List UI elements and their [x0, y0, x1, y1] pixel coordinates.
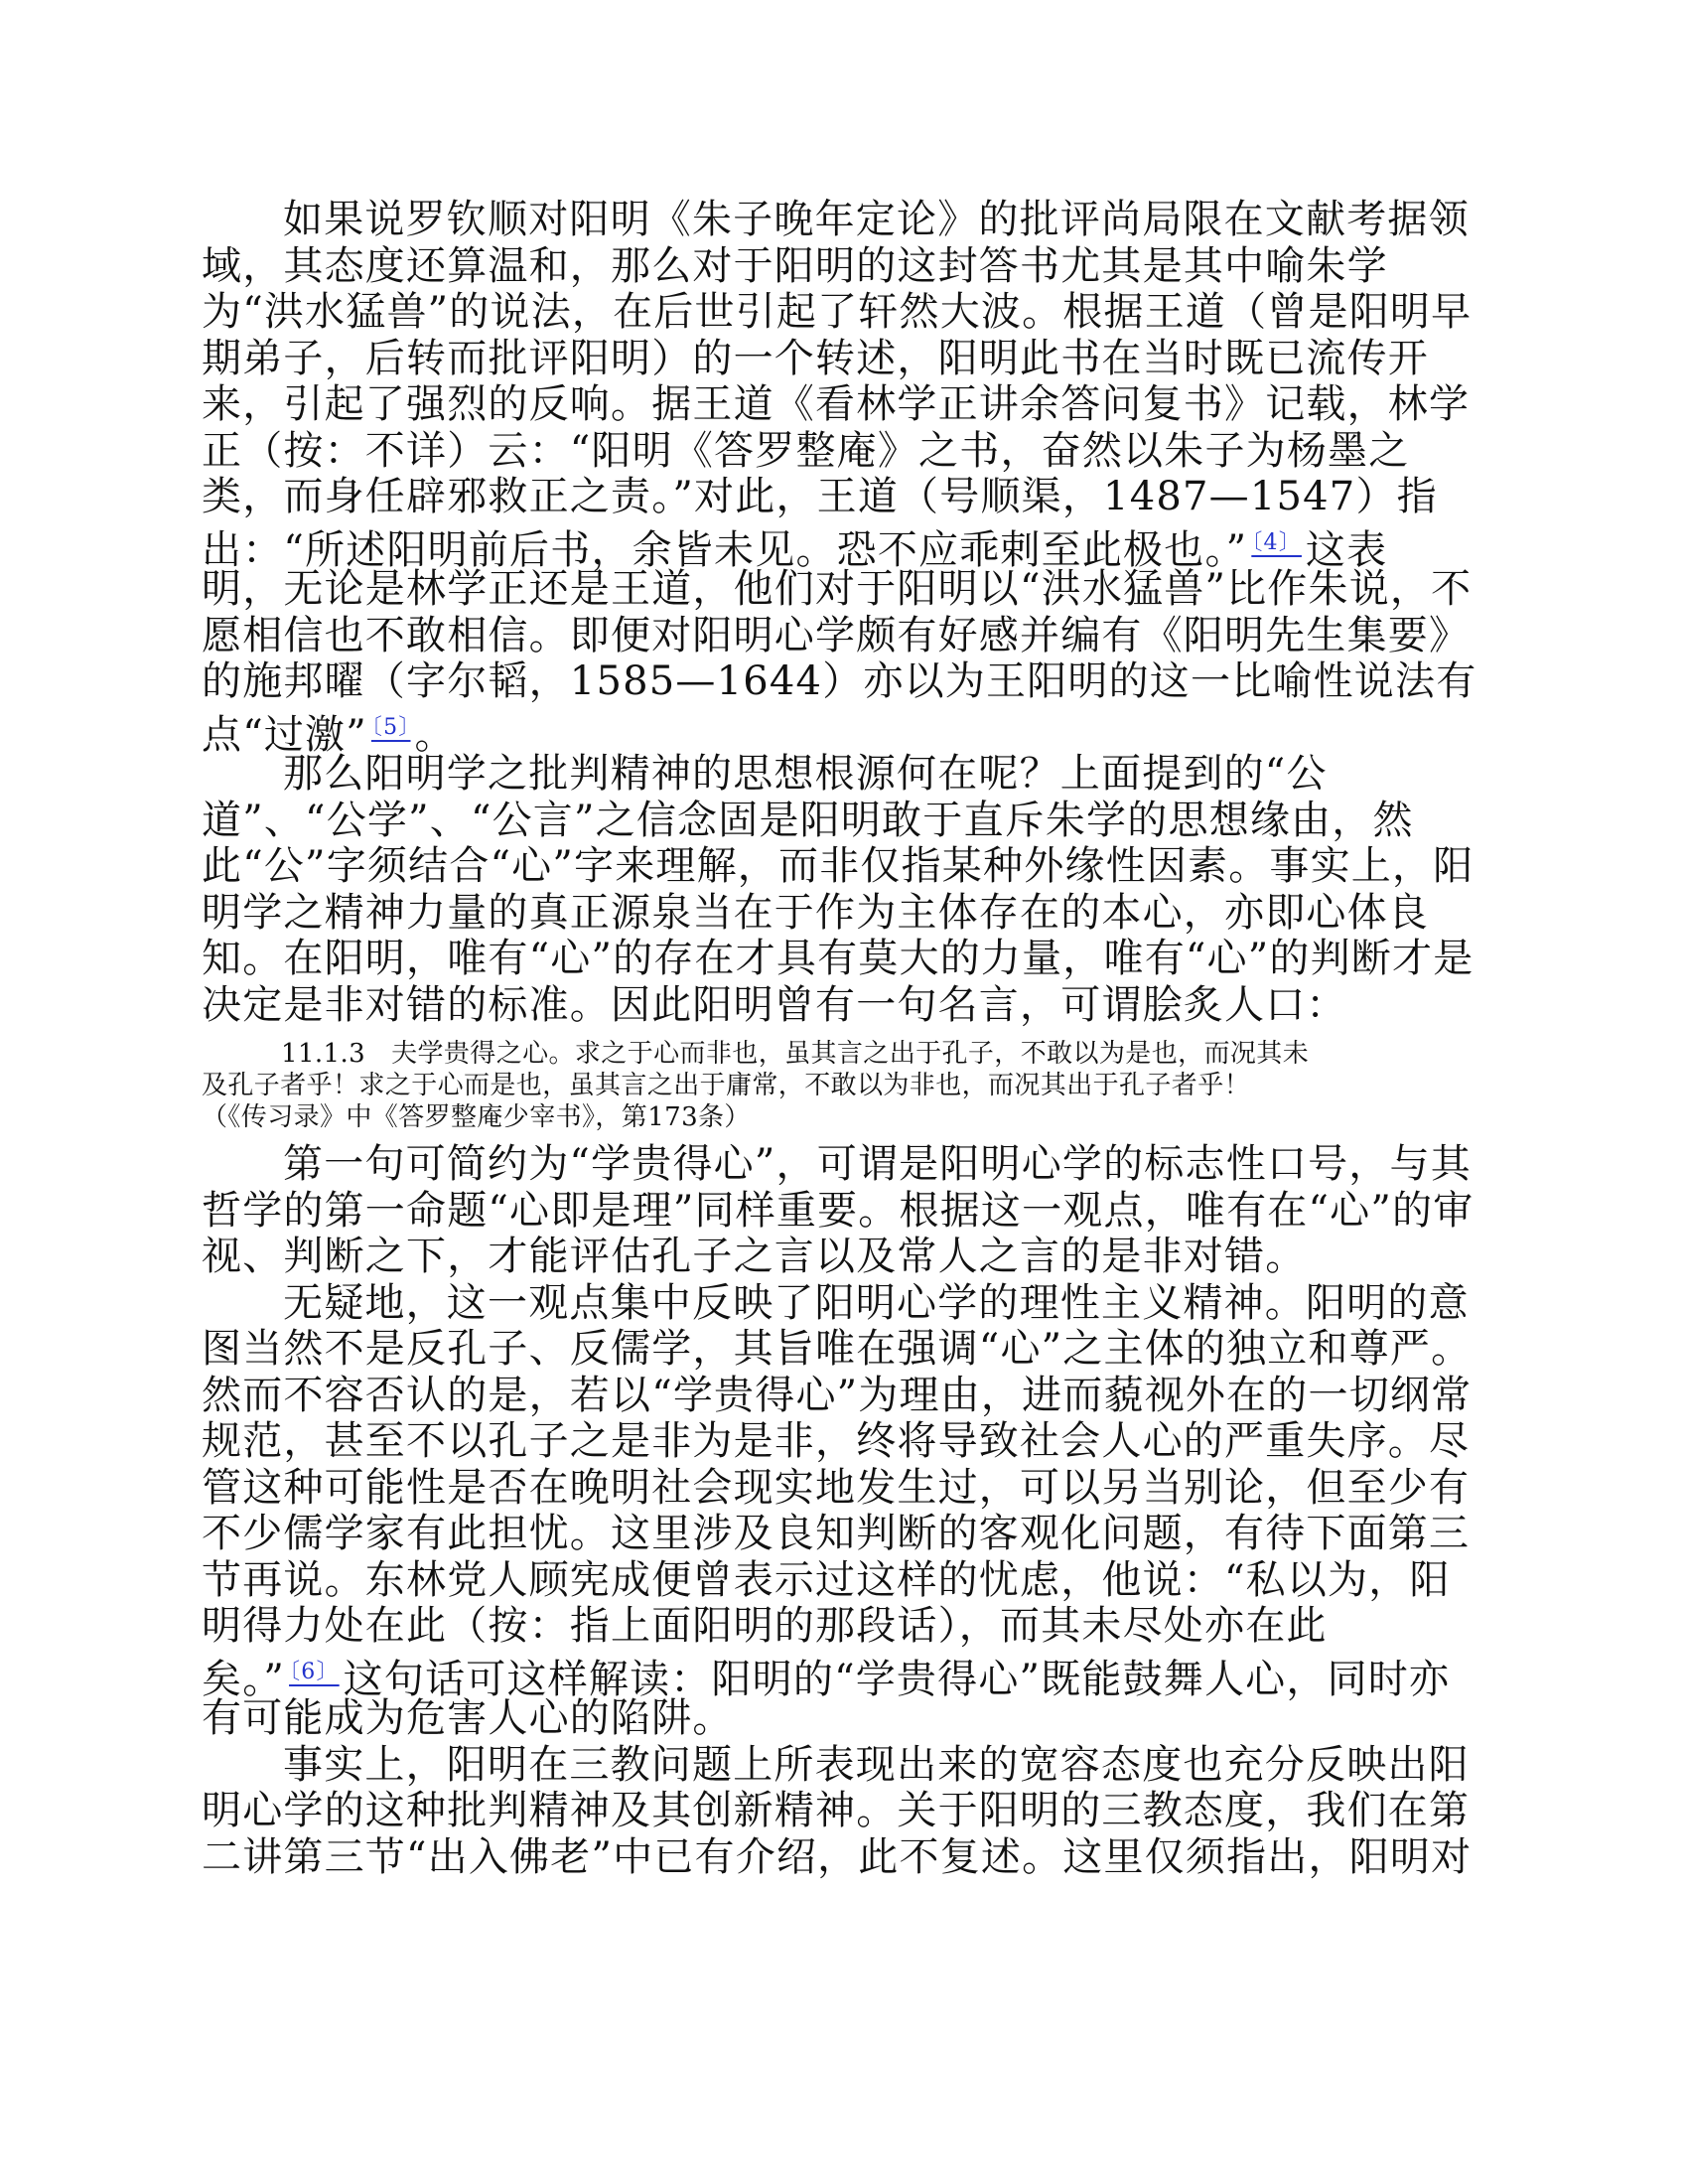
text-line: 的施邦曜（字尔韬，1585—1644）亦以为王阳明的这一比喻性说法有	[202, 658, 1482, 705]
text-line: 出：“所述阳明前后书，余皆未见。恐不应乖剌至此极也。”〔4〕这表	[202, 520, 1482, 567]
text-line: 知。在阳明，唯有“心”的存在才具有莫大的力量，唯有“心”的判断才是	[202, 936, 1482, 982]
paragraph-1: 如果说罗钦顺对阳明《朱子晚年定论》的批评尚局限在文献考据领 域，其态度还算温和，…	[202, 197, 1482, 751]
text-line: 道”、“公学”、“公言”之信念固是阳明敢于直斥朱学的思想缘由，然	[202, 798, 1482, 844]
footnote-link-6[interactable]: 〔6〕	[285, 1660, 344, 1684]
quote-citation: （《传习录》中《答罗整庵少宰书》，第173条）	[202, 1101, 1482, 1133]
text-line: 二讲第三节“出入佛老”中已有介绍，此不复述。这里仅须指出，阳明对	[202, 1834, 1482, 1881]
text-line: 期弟子，后转而批评阳明）的一个转述，阳明此书在当时既已流传开	[202, 336, 1482, 382]
text-line: 点“过激”〔5〕。	[202, 705, 1482, 752]
text-line: 事实上，阳明在三教问题上所表现出来的宽容态度也充分反映出阳	[202, 1742, 1482, 1789]
text-span: 夫学贵得之心。求之于心而非也，虽其言之出于孔子，不敢以为是也，而况其未	[391, 1039, 1309, 1069]
text-line: 明，无论是林学正还是王道，他们对于阳明以“洪水猛兽”比作朱说，不	[202, 566, 1482, 613]
text-line: 域，其态度还算温和，那么对于阳明的这封答书尤其是其中喻朱学	[202, 243, 1482, 290]
text-line: 如果说罗钦顺对阳明《朱子晚年定论》的批评尚局限在文献考据领	[202, 197, 1482, 243]
quote-number: 11.1.3	[281, 1039, 365, 1069]
text-line: 明心学的这种批判精神及其创新精神。关于阳明的三教态度，我们在第	[202, 1788, 1482, 1834]
text-line: 矣。”〔6〕这句话可这样解读：阳明的“学贵得心”既能鼓舞人心，同时亦	[202, 1650, 1482, 1696]
quote-line: 及孔子者乎！求之于心而是也，虽其言之出于庸常，不敢以为非也，而况其出于孔子者乎！	[202, 1070, 1482, 1101]
block-quote: 11.1.3 夫学贵得之心。求之于心而非也，虽其言之出于孔子，不敢以为是也，而况…	[202, 1038, 1482, 1133]
paragraph-2: 那么阳明学之批判精神的思想根源何在呢？上面提到的“公 道”、“公学”、“公言”之…	[202, 751, 1482, 1028]
text-line: 来，引起了强烈的反响。据王道《看林学正讲余答问复书》记载，林学	[202, 381, 1482, 428]
text-line: 那么阳明学之批判精神的思想根源何在呢？上面提到的“公	[202, 751, 1482, 798]
quote-line: 11.1.3 夫学贵得之心。求之于心而非也，虽其言之出于孔子，不敢以为是也，而况…	[202, 1038, 1482, 1070]
text-line: 明得力处在此（按：指上面阳明的那段话），而其未尽处亦在此	[202, 1603, 1482, 1650]
paragraph-3: 第一句可简约为“学贵得心”，可谓是阳明心学的标志性口号，与其 哲学的第一命题“心…	[202, 1141, 1482, 1280]
text-line: 正（按：不详）云：“阳明《答罗整庵》之书，奋然以朱子为杨墨之	[202, 428, 1482, 475]
text-line: 第一句可简约为“学贵得心”，可谓是阳明心学的标志性口号，与其	[202, 1141, 1482, 1188]
text-line: 此“公”字须结合“心”字来理解，而非仅指某种外缘性因素。事实上，阳	[202, 843, 1482, 890]
text-line: 规范，甚至不以孔子之是非为是非，终将导致社会人心的严重失序。尽	[202, 1418, 1482, 1465]
paragraph-4: 无疑地，这一观点集中反映了阳明心学的理性主义精神。阳明的意 图当然不是反孔子、反…	[202, 1280, 1482, 1742]
text-line: 为“洪水猛兽”的说法，在后世引起了轩然大波。根据王道（曾是阳明早	[202, 289, 1482, 336]
text-line: 哲学的第一命题“心即是理”同样重要。根据这一观点，唯有在“心”的审	[202, 1188, 1482, 1235]
text-line: 愿相信也不敢相信。即便对阳明心学颇有好感并编有《阳明先生集要》	[202, 613, 1482, 659]
text-line: 图当然不是反孔子、反儒学，其旨唯在强调“心”之主体的独立和尊严。	[202, 1326, 1482, 1373]
footnote-link-5[interactable]: 〔5〕	[367, 715, 415, 740]
text-line: 明学之精神力量的真正源泉当在于作为主体存在的本心，亦即心体良	[202, 890, 1482, 937]
text-line: 不少儒学家有此担忧。这里涉及良知判断的客观化问题，有待下面第三	[202, 1511, 1482, 1557]
footnote-link-4[interactable]: 〔4〕	[1247, 530, 1306, 555]
text-line: 管这种可能性是否在晚明社会现实地发生过，可以另当别论，但至少有	[202, 1465, 1482, 1512]
text-line: 无疑地，这一观点集中反映了阳明心学的理性主义精神。阳明的意	[202, 1280, 1482, 1327]
text-line: 决定是非对错的标准。因此阳明曾有一句名言，可谓脍炙人口：	[202, 982, 1482, 1029]
paragraph-5: 事实上，阳明在三教问题上所表现出来的宽容态度也充分反映出阳 明心学的这种批判精神…	[202, 1742, 1482, 1881]
text-line: 节再说。东林党人顾宪成便曾表示过这样的忧虑，他说：“私以为，阳	[202, 1557, 1482, 1604]
document-page: 如果说罗钦顺对阳明《朱子晚年定论》的批评尚局限在文献考据领 域，其态度还算温和，…	[202, 197, 1482, 1880]
text-line: 视、判断之下，才能评估孔子之言以及常人之言的是非对错。	[202, 1234, 1482, 1280]
text-line: 类，而身任辟邪救正之责。”对此，王道（号顺渠，1487—1547）指	[202, 474, 1482, 520]
text-line: 然而不容否认的是，若以“学贵得心”为理由，进而藐视外在的一切纲常	[202, 1373, 1482, 1419]
